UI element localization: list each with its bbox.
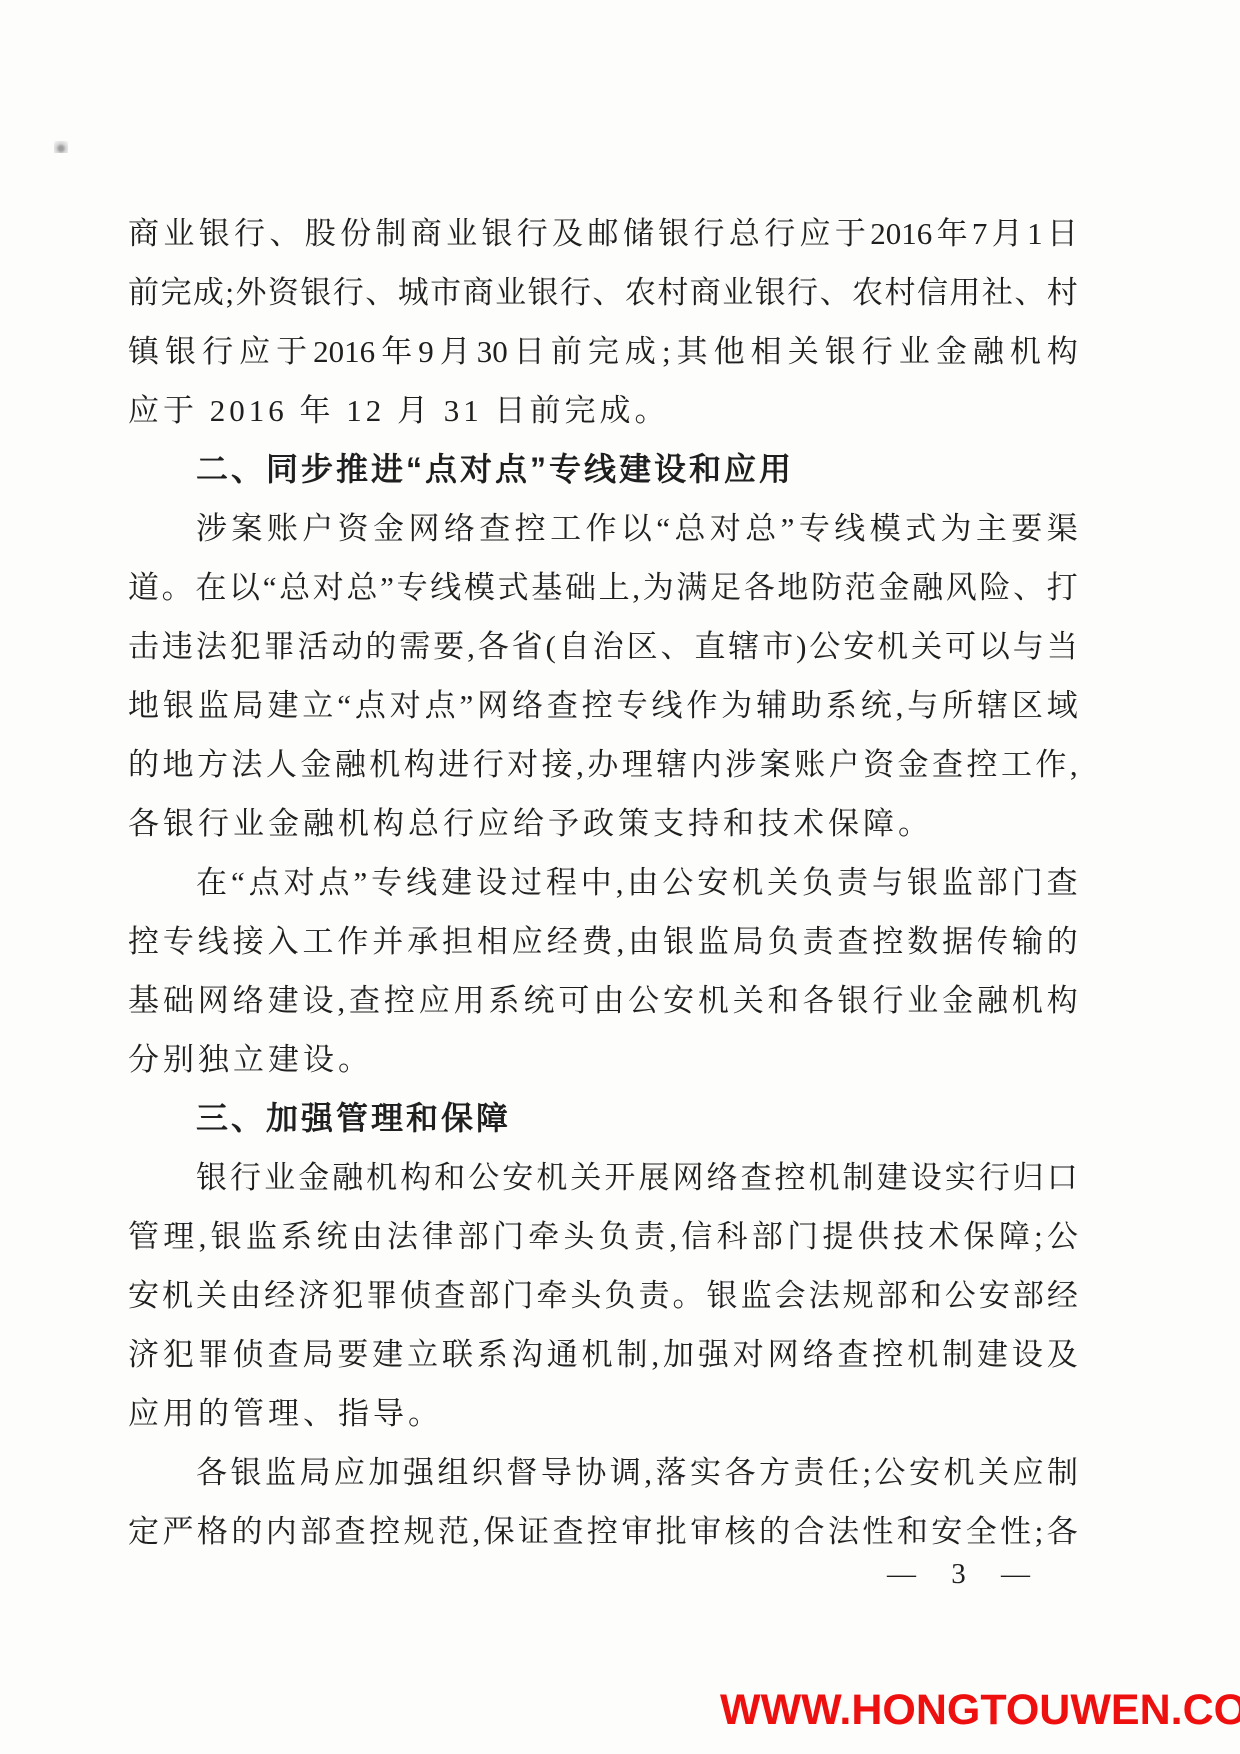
text-line: 地银监局建立“点对点”网络查控专线作为辅助系统,与所辖区域 (128, 676, 1078, 735)
scan-artifact-mark (54, 141, 68, 153)
page-number: — 3 — (887, 1558, 1044, 1591)
scanned-document-page: { "colors": { "text": "#1f1f1f", "waterm… (0, 0, 1240, 1754)
text-line: 定严格的内部查控规范,保证查控审批审核的合法性和安全性;各 (128, 1502, 1078, 1561)
text-line: 击违法犯罪活动的需要,各省(自治区、直辖市)公安机关可以与当 (128, 617, 1078, 676)
text-line: 镇银行应于2016年9月30日前完成;其他相关银行业金融机构 (128, 322, 1078, 381)
text-line: 商业银行、股份制商业银行及邮储银行总行应于2016年7月1日 (128, 204, 1078, 263)
watermark-url: WWW.HONGTOUWEN.COM (720, 1686, 1240, 1735)
text-line: 在“点对点”专线建设过程中,由公安机关负责与银监部门查 (128, 853, 1078, 912)
text-line: 前完成;外资银行、城市商业银行、农村商业银行、农村信用社、村 (128, 263, 1078, 322)
text-line: 道。在以“总对总”专线模式基础上,为满足各地防范金融风险、打 (128, 558, 1078, 617)
text-line: 济犯罪侦查局要建立联系沟通机制,加强对网络查控机制建设及 (128, 1325, 1078, 1384)
document-body: 商业银行、股份制商业银行及邮储银行总行应于2016年7月1日 前完成;外资银行、… (128, 204, 1078, 1561)
text-line: 安机关由经济犯罪侦查部门牵头负责。银监会法规部和公安部经 (128, 1266, 1078, 1325)
text-line: 各银行业金融机构总行应给予政策支持和技术保障。 (128, 794, 1078, 853)
text-line: 分别独立建设。 (128, 1030, 1078, 1089)
text-line: 各银监局应加强组织督导协调,落实各方责任;公安机关应制 (128, 1443, 1078, 1502)
text-line: 应用的管理、指导。 (128, 1384, 1078, 1443)
section-heading-3: 三、加强管理和保障 (128, 1089, 1078, 1148)
section-heading-2: 二、同步推进“点对点”专线建设和应用 (128, 440, 1078, 499)
text-line: 基础网络建设,查控应用系统可由公安机关和各银行业金融机构 (128, 971, 1078, 1030)
text-line: 的地方法人金融机构进行对接,办理辖内涉案账户资金查控工作, (128, 735, 1078, 794)
text-line: 应于 2016 年 12 月 31 日前完成。 (128, 381, 1078, 440)
text-line: 管理,银监系统由法律部门牵头负责,信科部门提供技术保障;公 (128, 1207, 1078, 1266)
text-line: 控专线接入工作并承担相应经费,由银监局负责查控数据传输的 (128, 912, 1078, 971)
text-line: 涉案账户资金网络查控工作以“总对总”专线模式为主要渠 (128, 499, 1078, 558)
text-line: 银行业金融机构和公安机关开展网络查控机制建设实行归口 (128, 1148, 1078, 1207)
